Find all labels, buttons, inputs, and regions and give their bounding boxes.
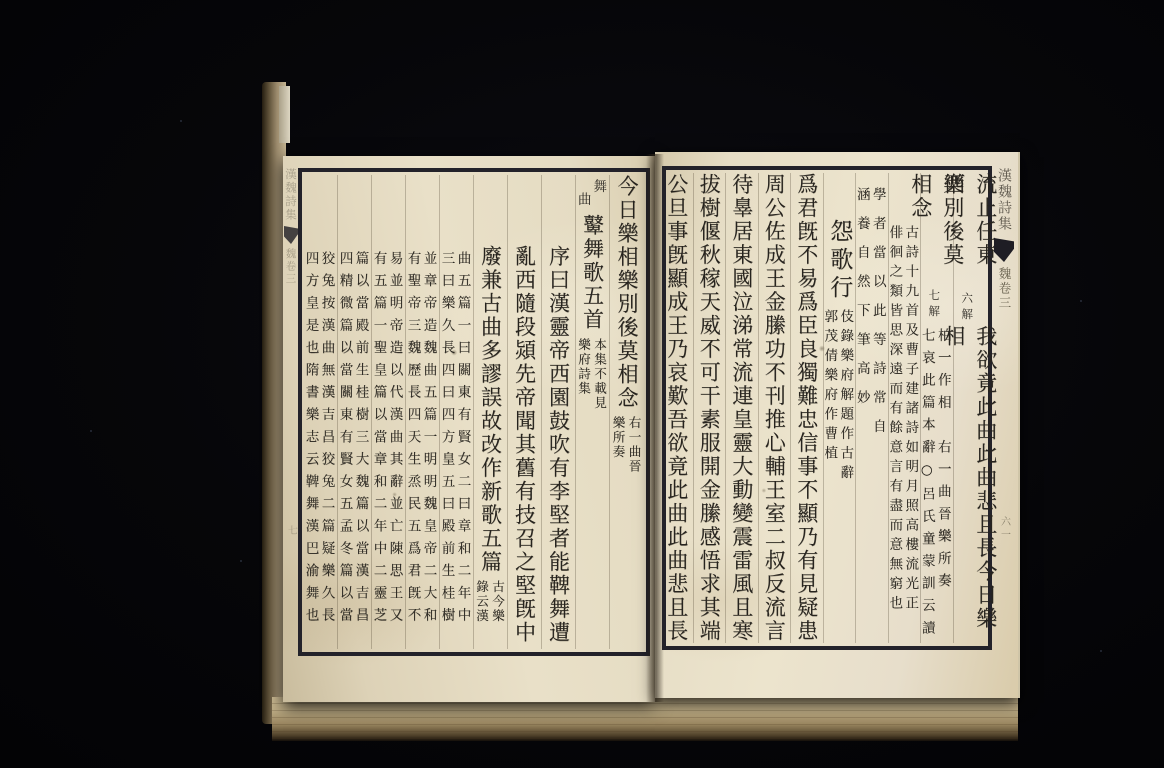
stanza-mark: 七解 bbox=[921, 287, 953, 319]
text-column: 易並明帝造以代漢曲其辭並亡陳思王又有五篇一聖皇篇以當章和二年中二靈芝 bbox=[372, 175, 406, 649]
poem-text: 周公佐成王金縢功不刊推心輔王室二叔反流言 bbox=[758, 173, 790, 643]
annotation-pair: 古詩十九首及曹子建諸詩如明月照高樓流光正俳徊之類皆思深遠而有餘意言有盡而意無窮也 bbox=[889, 225, 921, 615]
text-column: 亂西隨段熲先帝聞其舊有技召之堅旣中 bbox=[508, 175, 542, 649]
poem-text: 爲君旣不易爲臣良獨難忠信事不顯乃有見疑患 bbox=[791, 173, 823, 643]
annotation-pair: 古今樂錄云漢 bbox=[474, 580, 507, 624]
annotation-pair: 本集不載見樂府詩集 bbox=[576, 338, 609, 411]
text-column: 舞曲鼙舞歌五首本集不載見樂府詩集 bbox=[576, 175, 610, 649]
dust-speck bbox=[1080, 300, 1082, 302]
dust-speck bbox=[180, 120, 182, 122]
text-column: 公旦事旣顯成王乃哀歎吾欲竟此曲此曲悲且長 bbox=[661, 173, 694, 643]
stacked-page-edges-bottom bbox=[272, 697, 1018, 741]
text-column: 今日樂相樂別後莫相念右一曲晉樂所奏 bbox=[610, 175, 644, 649]
annotation-pair: 學者當以此等詩常自涵養自然下筆高妙 bbox=[856, 187, 888, 448]
annotation-right-subcolumn: 篇以當殿前生桂樹三大魏篇以當漢吉昌 bbox=[355, 251, 371, 630]
annotation-right-subcolumn: 曲五篇一曰關東有賢女二曰章和二年中 bbox=[457, 251, 473, 630]
poem-text: 公旦事旣顯成王乃哀歎吾欲竟此曲此曲悲且長 bbox=[661, 173, 693, 643]
text-column: 周公佐成王金縢功不刊推心輔王室二叔反流言 bbox=[759, 173, 792, 643]
spine-page-number: 七 bbox=[284, 525, 299, 538]
text-column: 怨歌行伎錄樂府解題作古辭郭茂倩樂府作曹植 bbox=[824, 173, 857, 643]
annotation-right-subcolumn: 狡兔按漢曲無漢吉昌狡兔二篇疑樂久長 bbox=[321, 251, 337, 630]
annotation-right-subcolumn: 右一曲晉 bbox=[627, 416, 643, 474]
text-column: 並章帝造魏曲五篇一明明魏皇帝二大和有聖帝三魏歷長四天生烝民五爲君旣不 bbox=[406, 175, 440, 649]
stanza-mark: 六解 bbox=[954, 290, 987, 322]
spine-volume-label: 魏卷三 bbox=[284, 248, 299, 286]
left-page-border-frame: 今日樂相樂別後莫相念右一曲晉樂所奏舞曲鼙舞歌五首本集不載見樂府詩集序曰漢靈帝西園… bbox=[298, 168, 650, 656]
annotation-pair: 曲五篇一曰關東有賢女二曰章和二年中三曰樂久長四曰四方皇五曰殿前生桂樹 bbox=[440, 251, 473, 630]
annotation-right-subcolumn: 伎錄樂府解題作古辭 bbox=[839, 309, 855, 485]
annotation-right-subcolumn: 古今樂 bbox=[491, 580, 507, 624]
text-column: 狡兔按漢曲無漢吉昌狡兔二篇疑樂久長四方皇是也隋書樂志云鞞舞漢巴渝舞也 bbox=[304, 175, 338, 649]
annotation-pair: 右一曲晉樂所奏 bbox=[610, 416, 644, 474]
poem-text: 廢兼古曲多謬誤故改作新歌五篇 bbox=[475, 245, 507, 574]
annotation-pair: 並章帝造魏曲五篇一明明魏皇帝二大和有聖帝三魏歷長四天生烝民五爲君旣不 bbox=[406, 251, 439, 630]
right-page-fold-strip: 漢魏詩集 魏卷三 六一 bbox=[992, 168, 1016, 660]
annotation-right-subcolumn: 學者當以此等詩常自 bbox=[872, 187, 888, 448]
poem-text: 待辠居東國泣涕常流連皇靈大動變震雷風且寒 bbox=[726, 173, 758, 643]
text-column: 序曰漢靈帝西園鼓吹有李堅者能鞞舞遭 bbox=[542, 175, 576, 649]
annotation-pair: 伎錄樂府解題作古辭郭茂倩樂府作曹植 bbox=[824, 309, 856, 485]
spine-book-title: 漢魏詩集 bbox=[283, 168, 299, 222]
left-page: 漢魏詩集 魏卷三 七 今日樂相樂別後莫相念右一曲晉樂所奏舞曲鼙舞歌五首本集不載見… bbox=[283, 156, 655, 702]
poem-title: 怨歌行 bbox=[823, 219, 855, 303]
photo-of-open-woodblock-book: { "scene": { "background_color": "#06060… bbox=[0, 0, 1164, 768]
text-column: 廢兼古曲多謬誤故改作新歌五篇古今樂錄云漢 bbox=[474, 175, 508, 649]
fishtail-icon bbox=[994, 238, 1014, 262]
dust-speck bbox=[240, 560, 242, 562]
text-column: 拔樹偃秋稼天威不可干素服開金縢感悟求其端 bbox=[694, 173, 727, 643]
poem-text: 鼙舞歌五首 bbox=[577, 214, 609, 332]
right-page-border-frame: 流止任東西六解我欲竟此曲此曲悲且長今日樂相樂別後莫相念七解柏一作相 右一曲晉樂所… bbox=[662, 166, 992, 650]
spine-book-title: 漢魏詩集 bbox=[994, 168, 1014, 232]
left-page-fold-strip: 漢魏詩集 魏卷三 七 bbox=[283, 168, 299, 668]
text-column: 待辠居東國泣涕常流連皇靈大動變震雷風且寒 bbox=[726, 173, 759, 643]
section-label-char: 曲 bbox=[578, 188, 592, 208]
annotation-pair: 柏一作相 右一曲晉樂所奏七哀此篇本辭○呂氏童蒙訓云讀 bbox=[921, 328, 953, 643]
text-column: 學者當以此等詩常自涵養自然下筆高妙 bbox=[856, 173, 889, 643]
annotation-pair: 篇以當殿前生桂樹三大魏篇以當漢吉昌四精微篇以當關東有賢女五孟冬篇以當 bbox=[338, 251, 371, 630]
poem-text: 序曰漢靈帝西園鼓吹有李堅者能鞞舞遭 bbox=[543, 245, 575, 645]
section-label: 舞曲 bbox=[576, 175, 609, 208]
text-column: 古詩十九首及曹子建諸詩如明月照高樓流光正俳徊之類皆思深遠而有餘意言有盡而意無窮也 bbox=[889, 173, 922, 643]
annotation-right-subcolumn: 並章帝造魏曲五篇一明明魏皇帝二大和 bbox=[423, 251, 439, 630]
annotation-right-subcolumn: 古詩十九首及曹子建諸詩如明月照高樓流光正 bbox=[904, 225, 920, 615]
section-label-char: 舞 bbox=[594, 175, 608, 208]
annotation-right-subcolumn: 本集不載見 bbox=[593, 338, 609, 411]
poem-text: 今日樂相樂別後莫相念 bbox=[611, 175, 643, 410]
left-page-text-block: 今日樂相樂別後莫相念右一曲晉樂所奏舞曲鼙舞歌五首本集不載見樂府詩集序曰漢靈帝西園… bbox=[304, 175, 644, 649]
fishtail-icon bbox=[284, 226, 298, 244]
annotation-right-subcolumn: 易並明帝造以代漢曲其辭並亡陳思王又 bbox=[389, 251, 405, 630]
spine-volume-label: 魏卷三 bbox=[995, 267, 1013, 311]
annotation-right-subcolumn: 柏一作相 右一曲晉樂所奏 bbox=[937, 328, 953, 643]
text-column: 爲君旣不易爲臣良獨難忠信事不顯乃有見疑患 bbox=[791, 173, 824, 643]
dust-speck bbox=[90, 430, 92, 432]
right-page: 流止任東西六解我欲竟此曲此曲悲且長今日樂相樂別後莫相念七解柏一作相 右一曲晉樂所… bbox=[655, 152, 1020, 698]
text-column: 樂別後莫相念七解柏一作相 右一曲晉樂所奏七哀此篇本辭○呂氏童蒙訓云讀 bbox=[921, 173, 954, 643]
text-column: 篇以當殿前生桂樹三大魏篇以當漢吉昌四精微篇以當關東有賢女五孟冬篇以當 bbox=[338, 175, 372, 649]
poem-text: 拔樹偃秋稼天威不可干素服開金縢感悟求其端 bbox=[693, 173, 725, 643]
cover-label-strip bbox=[279, 86, 290, 143]
book-gutter-shadow bbox=[646, 154, 664, 702]
annotation-pair: 狡兔按漢曲無漢吉昌狡兔二篇疑樂久長四方皇是也隋書樂志云鞞舞漢巴渝舞也 bbox=[304, 251, 337, 630]
annotation-pair: 易並明帝造以代漢曲其辭並亡陳思王又有五篇一聖皇篇以當章和二年中二靈芝 bbox=[372, 251, 405, 630]
text-column: 曲五篇一曰關東有賢女二曰章和二年中三曰樂久長四曰四方皇五曰殿前生桂樹 bbox=[440, 175, 474, 649]
right-page-text-block: 流止任東西六解我欲竟此曲此曲悲且長今日樂相樂別後莫相念七解柏一作相 右一曲晉樂所… bbox=[668, 173, 986, 643]
dust-speck bbox=[1100, 650, 1102, 652]
spine-page-number: 六一 bbox=[997, 516, 1012, 542]
poem-text: 亂西隨段熲先帝聞其舊有技召之堅旣中 bbox=[509, 245, 541, 645]
